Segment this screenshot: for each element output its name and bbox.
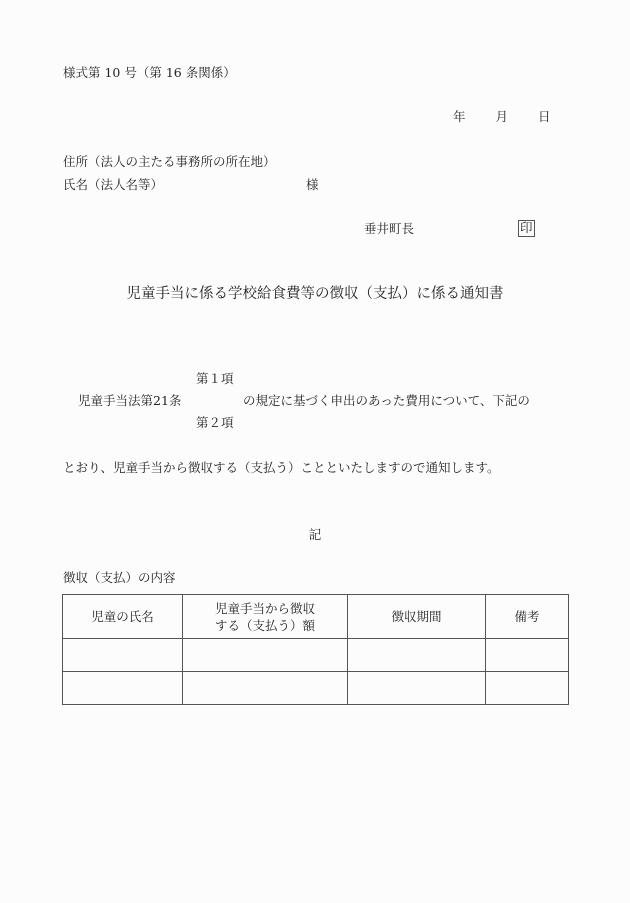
- honorific: 様: [306, 179, 319, 192]
- cell-remarks[interactable]: [486, 639, 569, 672]
- cell-amount[interactable]: [183, 639, 348, 672]
- clause-option-2: 第２項: [196, 417, 234, 430]
- header-amount: 児童手当から徴収 する（支払う）額: [183, 595, 348, 639]
- table-row: [63, 639, 569, 672]
- body-sentence-part-2: とおり、児童手当から徴収する（支払う）ことといたしますので通知します。: [63, 462, 500, 475]
- clause-option-1: 第１項: [196, 373, 234, 386]
- ki-label: 記: [0, 529, 630, 542]
- table-row: [63, 672, 569, 705]
- cell-remarks[interactable]: [486, 672, 569, 705]
- table-header-row: 児童の氏名 児童手当から徴収 する（支払う）額 徴収期間 備考: [63, 595, 569, 639]
- cell-collection-period[interactable]: [348, 639, 486, 672]
- address-label: 住所（法人の主たる事務所の所在地）: [63, 156, 276, 169]
- collection-details-table: 児童の氏名 児童手当から徴収 する（支払う）額 徴収期間 備考: [62, 594, 569, 705]
- cell-amount[interactable]: [183, 672, 348, 705]
- form-number: 様式第 10 号（第 16 条関係）: [63, 67, 236, 80]
- seal-icon: 印: [518, 220, 535, 237]
- content-heading: 徴収（支払）の内容: [63, 572, 176, 585]
- header-collection-period: 徴収期間: [348, 595, 486, 639]
- name-label: 氏名（法人名等）: [63, 179, 163, 192]
- year-label: 年: [453, 111, 466, 124]
- cell-collection-period[interactable]: [348, 672, 486, 705]
- law-reference: 児童手当法第21条: [78, 395, 181, 408]
- issuer-title: 垂井町長: [364, 223, 414, 236]
- cell-child-name[interactable]: [63, 672, 183, 705]
- page-title: 児童手当に係る学校給食費等の徴収（支払）に係る通知書: [0, 287, 630, 302]
- body-sentence-part-1: の規定に基づく申出のあった費用について、下記の: [243, 395, 530, 408]
- header-child-name: 児童の氏名: [63, 595, 183, 639]
- date-line: 年月日: [453, 111, 551, 124]
- day-label: 日: [538, 111, 551, 124]
- cell-child-name[interactable]: [63, 639, 183, 672]
- month-label: 月: [496, 111, 509, 124]
- header-remarks: 備考: [486, 595, 569, 639]
